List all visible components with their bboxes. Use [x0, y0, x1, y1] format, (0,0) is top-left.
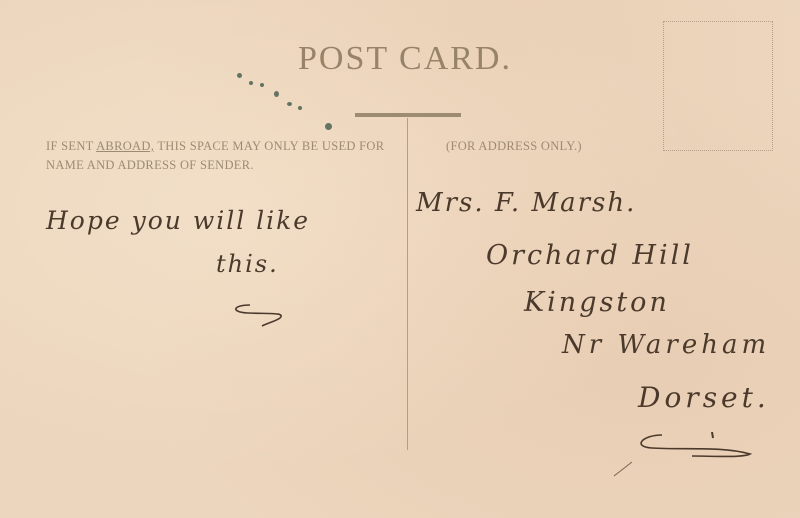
ink-spot	[260, 83, 264, 87]
sender-notice: IF SENT ABROAD, THIS SPACE MAY ONLY BE U…	[46, 137, 396, 175]
stamp-box	[663, 21, 773, 151]
address-line-4: Dorset.	[638, 381, 770, 414]
message-line-2: this.	[216, 250, 279, 278]
notice-prefix: IF SENT	[46, 139, 96, 153]
ink-spot	[249, 81, 253, 85]
address-only-label: (FOR ADDRESS ONLY.)	[446, 139, 582, 154]
center-divider	[407, 118, 408, 450]
signature-flourish	[228, 300, 288, 330]
address-line-3: Nr Wareham	[562, 330, 770, 360]
ink-spot	[237, 73, 242, 78]
postcard-title: POST CARD.	[298, 40, 512, 78]
ink-spot	[287, 102, 292, 106]
message-line-1: Hope you will like	[46, 206, 310, 235]
address-flourish	[612, 432, 762, 482]
title-rule	[355, 113, 461, 117]
ink-spot	[298, 106, 302, 110]
address-line-1: Orchard Hill	[486, 240, 694, 271]
ink-spot	[325, 123, 332, 130]
notice-abroad: ABROAD,	[96, 139, 154, 153]
postcard-back: POST CARD. IF SENT ABROAD, THIS SPACE MA…	[0, 0, 800, 518]
address-name: Mrs. F. Marsh.	[416, 188, 636, 218]
ink-spot	[274, 91, 279, 97]
address-line-2: Kingston	[524, 287, 670, 318]
